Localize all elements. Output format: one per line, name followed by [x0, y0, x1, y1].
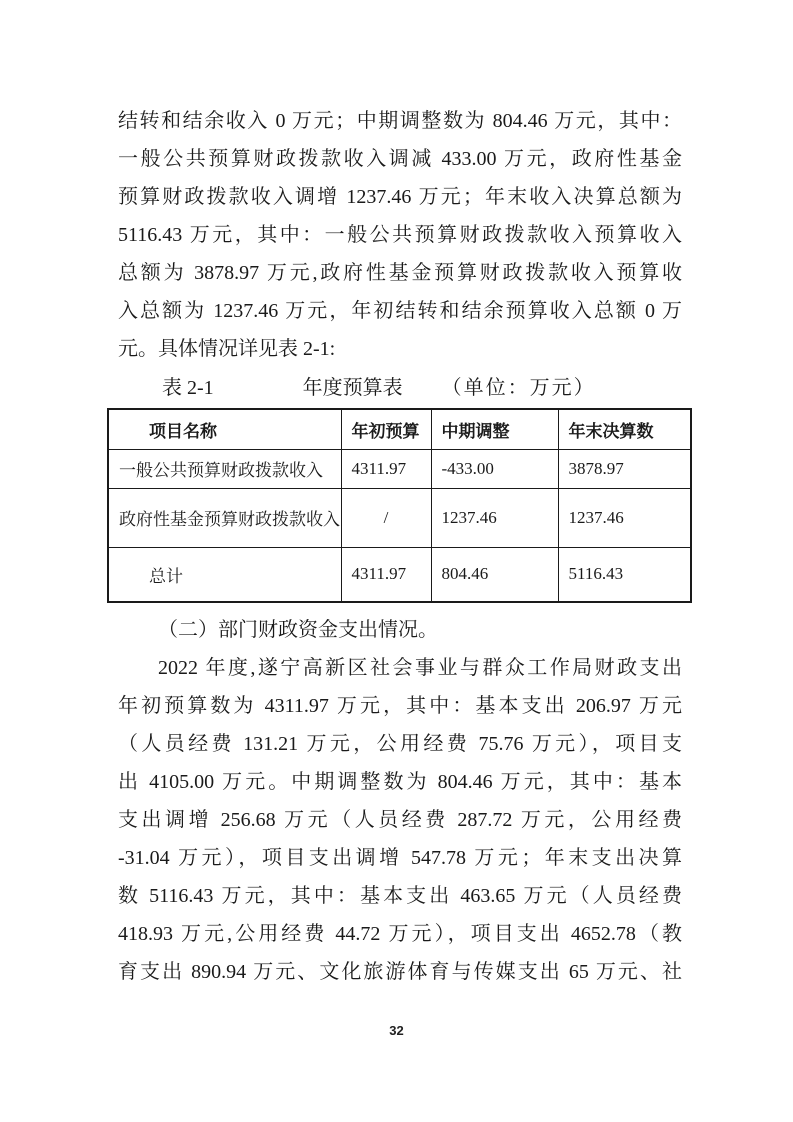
table-cell-item-name: 总计 — [108, 547, 341, 602]
table-cell-value: 1237.46 — [431, 488, 558, 547]
table-caption: 表 2-1 年度预算表 （单位：万元） — [118, 370, 682, 406]
paragraph-line: 418.93 万元,公用经费 44.72 万元），项目支出 4652.78（教 — [118, 915, 682, 953]
table-header-initial-budget: 年初预算 — [341, 409, 431, 449]
paragraph-line: 2022 年度,遂宁高新区社会事业与群众工作局财政支出 — [118, 649, 682, 687]
table-cell-value: 4311.97 — [341, 449, 431, 488]
table-cell-value: -433.00 — [431, 449, 558, 488]
income-paragraph: 结转和结余收入 0 万元；中期调整数为 804.46 万元，其中： 一般公共预算… — [118, 102, 682, 368]
table-cell-value: 4311.97 — [341, 547, 431, 602]
table-header-mid-adjustment: 中期调整 — [431, 409, 558, 449]
table-cell-item-name: 一般公共预算财政拨款收入 — [108, 449, 341, 488]
table-cell-value: / — [341, 488, 431, 547]
table-row: 一般公共预算财政拨款收入 4311.97 -433.00 3878.97 — [108, 449, 691, 488]
table-row: 政府性基金预算财政拨款收入 / 1237.46 1237.46 — [108, 488, 691, 547]
document-page: 结转和结余收入 0 万元；中期调整数为 804.46 万元，其中： 一般公共预算… — [0, 0, 793, 1122]
paragraph-line: 5116.43 万元，其中：一般公共预算财政拨款收入预算收入 — [118, 216, 682, 254]
page-number: 32 — [0, 1023, 793, 1038]
paragraph-line: 预算财政拨款收入调增 1237.46 万元；年末收入决算总额为 — [118, 178, 682, 216]
paragraph-line: 年初预算数为 4311.97 万元，其中：基本支出 206.97 万元 — [118, 687, 682, 725]
paragraph-line: 数 5116.43 万元，其中：基本支出 463.65 万元（人员经费 — [118, 877, 682, 915]
table-caption-unit: （单位：万元） — [442, 377, 596, 399]
paragraph-line: -31.04 万元），项目支出调增 547.78 万元；年末支出决算 — [118, 839, 682, 877]
paragraph-line: 出 4105.00 万元。中期调整数为 804.46 万元，其中：基本 — [118, 763, 682, 801]
table-caption-title: 年度预算表 — [303, 377, 403, 399]
table-cell-item-name: 政府性基金预算财政拨款收入 — [108, 488, 341, 547]
paragraph-line: 元。具体情况详见表 2-1: — [118, 330, 682, 368]
table-caption-label: 表 2-1 — [162, 377, 214, 399]
table-cell-value: 5116.43 — [558, 547, 691, 602]
table-row-total: 总计 4311.97 804.46 5116.43 — [108, 547, 691, 602]
budget-table: 项目名称 年初预算 中期调整 年末决算数 一般公共预算财政拨款收入 4311.9… — [107, 408, 692, 603]
section-heading: （二）部门财政资金支出情况。 — [118, 611, 682, 649]
paragraph-line: 结转和结余收入 0 万元；中期调整数为 804.46 万元，其中： — [118, 102, 682, 140]
paragraph-line: 支出调增 256.68 万元（人员经费 287.72 万元，公用经费 — [118, 801, 682, 839]
table-header-item-name: 项目名称 — [108, 409, 341, 449]
expenditure-paragraph: （二）部门财政资金支出情况。 2022 年度,遂宁高新区社会事业与群众工作局财政… — [118, 611, 682, 991]
table-cell-value: 1237.46 — [558, 488, 691, 547]
paragraph-line: 一般公共预算财政拨款收入调减 433.00 万元，政府性基金 — [118, 140, 682, 178]
paragraph-line: 总额为 3878.97 万元,政府性基金预算财政拨款收入预算收 — [118, 254, 682, 292]
table-header-final-accounts: 年末决算数 — [558, 409, 691, 449]
paragraph-line: 入总额为 1237.46 万元，年初结转和结余预算收入总额 0 万 — [118, 292, 682, 330]
table-header-row: 项目名称 年初预算 中期调整 年末决算数 — [108, 409, 691, 449]
paragraph-line: 育支出 890.94 万元、文化旅游体育与传媒支出 65 万元、社 — [118, 953, 682, 991]
table-cell-value: 804.46 — [431, 547, 558, 602]
paragraph-line: （人员经费 131.21 万元，公用经费 75.76 万元），项目支 — [118, 725, 682, 763]
table-cell-value: 3878.97 — [558, 449, 691, 488]
